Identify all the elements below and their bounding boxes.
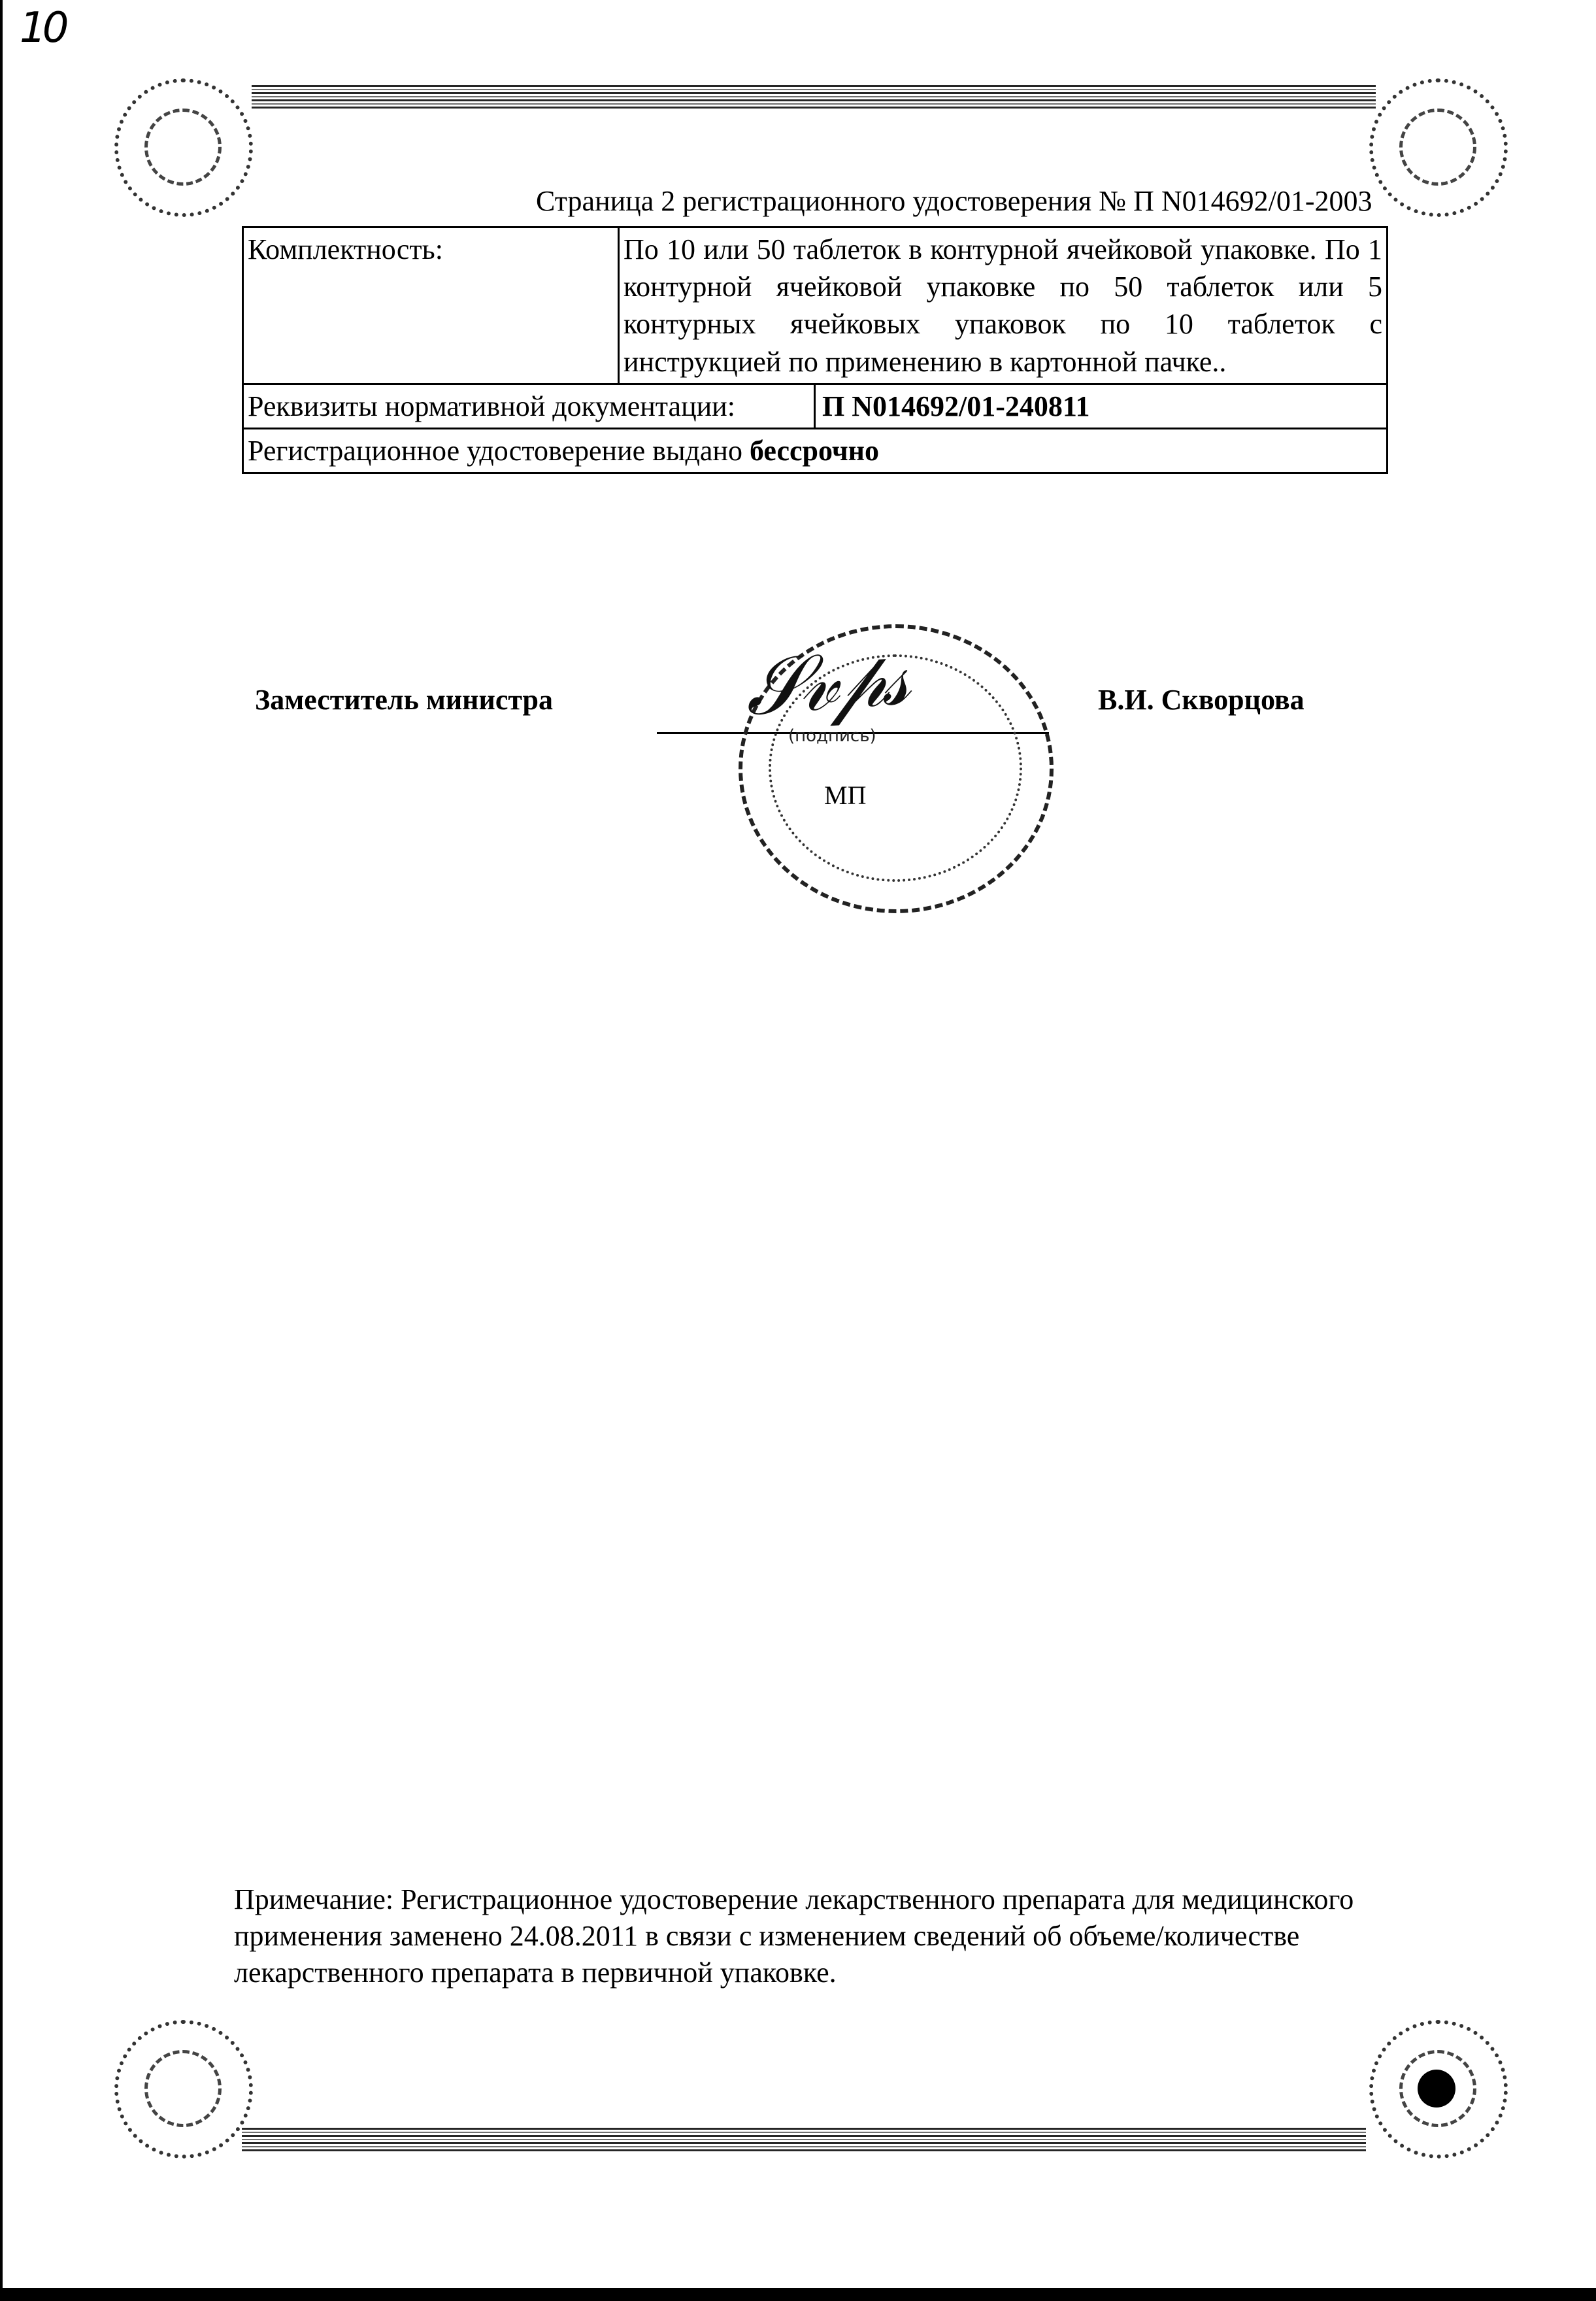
row-value-normative-docs: П N014692/01-240811 xyxy=(816,385,1096,428)
table-row: Комплектность: По 10 или 50 таблеток в к… xyxy=(243,227,1388,384)
guilloche-band-top xyxy=(252,85,1376,109)
row-label-completeness: Комплектность: xyxy=(243,227,619,384)
footnote: Примечание: Регистрационное удостоверени… xyxy=(234,1881,1463,1991)
scan-bottom-edge xyxy=(0,2288,1596,2301)
registration-table: Комплектность: По 10 или 50 таблеток в к… xyxy=(242,226,1388,474)
rosette-ornament-dot-icon xyxy=(1369,2020,1508,2158)
table-row: Реквизиты нормативной документации: П N0… xyxy=(243,384,1388,428)
signatory-position: Заместитель министра xyxy=(255,683,553,716)
row-value-completeness: По 10 или 50 таблеток в контурной ячейко… xyxy=(619,227,1388,384)
validity-text: Регистрационное удостоверение выдано xyxy=(248,435,742,467)
row-validity: Регистрационное удостоверение выдано бес… xyxy=(243,428,1388,473)
table-row: Регистрационное удостоверение выдано бес… xyxy=(243,428,1388,473)
page-header: Страница 2 регистрационного удостоверени… xyxy=(536,184,1372,218)
rosette-ornament-icon xyxy=(114,2020,253,2158)
signatory-name: В.И. Скворцова xyxy=(1098,683,1305,716)
row-label-normative-docs: Реквизиты нормативной документации: xyxy=(244,385,816,428)
rosette-ornament-icon xyxy=(114,78,253,217)
handwritten-page-number: 10 xyxy=(20,4,65,52)
seal-mp-mark: МП xyxy=(824,780,866,811)
guilloche-band-bottom xyxy=(242,2128,1366,2151)
rosette-ornament-icon xyxy=(1369,78,1508,217)
validity-term: бессрочно xyxy=(750,435,879,467)
scan-left-edge xyxy=(0,0,3,2301)
handwritten-signature: 𝒮𝓋𝓅𝓈 xyxy=(742,632,906,735)
